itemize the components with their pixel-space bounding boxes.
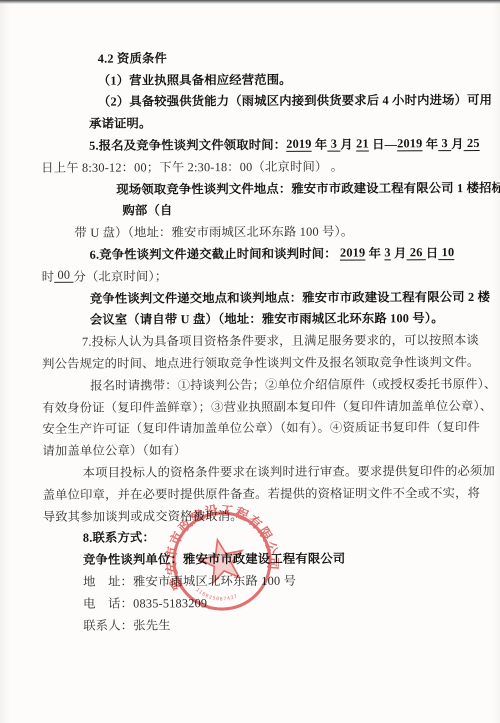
text-segment: 7.投标人认为具备项目资格条件要求，且满足服务要求的，可以按照本谈 [82, 330, 479, 350]
doc-line-25: 地 址：雅安市雨城区北环东路 100 号 [1, 568, 500, 592]
doc-line-19: 请加盖单位公章）（如有） [0, 437, 500, 461]
text-segment: 购部（自 [122, 201, 172, 219]
doc-line-7: 现场领取竞争性谈判文件地点：雅安市市政建设工程有限公司 1 楼招标采 [0, 176, 499, 200]
text-segment: 导致其参加谈判或成交资格被取消。 [43, 506, 243, 525]
text-segment: 分（北京时间）； [73, 266, 167, 284]
text-segment: 现场领取竞争性谈判文件地点：雅安市市政建设工程有限公司 1 楼招标采 [116, 178, 500, 198]
doc-line-6: 日上午 8:30-12：00；下午 2:30-18：00（北京时间） 。 [0, 154, 499, 178]
doc-line-11: 时 00 分（北京时间）； [0, 263, 500, 287]
scanned-page: 4.2 资质条件（1）营业执照具备相应经营范围。（2）具备较强供货能力（雨城区内… [0, 0, 500, 723]
text-segment: （1）营业执照具备相应经营范围。 [98, 70, 292, 89]
text-segment: 联系人：张先生 [83, 615, 171, 633]
text-segment: 4.2 资质条件 [98, 48, 167, 66]
doc-line-10: 6.竞争性谈判文件递交截止时间和谈判时间： 2019 年 3 月 26 日 10 [0, 241, 500, 265]
text-segment: 年 [422, 134, 438, 152]
doc-line-8: 购部（自 [0, 197, 499, 221]
doc-line-24: 竞争性谈判单位：雅安市市政建设工程有限公司 [1, 546, 500, 570]
text-segment: 盖单位印章，并在必要时提供原件备查。若提供的资格证明文件不全或不实，将 [43, 483, 480, 503]
doc-line-23: 8.联系方式： [1, 524, 500, 548]
underlined-field-value: 00 [54, 268, 73, 283]
text-segment: 会议室（请自带 U 盘）（地址：雅安市雨城区北环东路 100 号）。 [90, 309, 444, 329]
text-segment: （2）具备较强供货能力（雨城区内接到供货要求后 4 小时内进场）可用 [98, 90, 492, 110]
text-segment: 日— [369, 134, 397, 152]
text-segment: 日上午 8:30-12：00；下午 2:30-18：00（北京时间） 。 [41, 156, 343, 175]
doc-line-15: 判公告规定的时间、地点进行领取竞争性谈判文件及报名领取竞争性谈判文件。 [0, 350, 500, 374]
doc-line-20: 本项目投标人的资格条件要求在谈判时进行审查。要求提供复印件的必须加 [1, 459, 500, 483]
text-segment: 日 [426, 243, 439, 261]
text-segment: 5.报名及竞争性谈判文件领取时间： [89, 135, 286, 154]
text-segment: 有效身份证（复印件盖鲜章）；③营业执照副本复印件（复印件请加盖单位公章）、 [42, 396, 492, 416]
doc-line-9: 带 U 盘）（地址：雅安市雨城区北环东路 100 号）。 [0, 219, 500, 243]
doc-line-14: 7.投标人认为具备项目资格条件要求，且满足服务要求的，可以按照本谈 [0, 328, 500, 352]
text-segment: 安全生产许可证（复印件请加盖单位公章）（如有）。④资质证书复印件（复印件 [42, 417, 480, 437]
underlined-field-value: 21 [356, 136, 369, 151]
text-segment: 报名时请携带：①持谈判公告；②单位介绍信原件（或授权委托书原件）、 [90, 374, 496, 394]
text-segment: 月 [391, 243, 407, 261]
doc-line-5: 5.报名及竞争性谈判文件领取时间：2019 年 3 月 21 日—2019 年 … [0, 132, 499, 156]
underlined-field-value: 25 [464, 136, 480, 151]
doc-line-3: （2）具备较强供货能力（雨城区内接到供货要求后 4 小时内进场）可用 [0, 89, 499, 113]
scanner-edge-artifact [0, 0, 500, 4]
doc-line-13: 会议室（请自带 U 盘）（地址：雅安市雨城区北环东路 100 号）。 [0, 306, 500, 330]
doc-line-18: 安全生产许可证（复印件请加盖单位公章）（如有）。④资质证书复印件（复印件 [0, 415, 500, 439]
doc-line-21: 盖单位印章，并在必要时提供原件备查。若提供的资格证明文件不全或不实，将 [1, 481, 500, 505]
text-segment: 地 址：雅安市雨城区北环东路 100 号 [83, 571, 296, 590]
text-segment: 本项目投标人的资格条件要求在谈判时进行审查。要求提供复印件的必须加 [83, 461, 495, 481]
text-segment: 6.竞争性谈判文件递交截止时间和谈判时间： [90, 244, 340, 263]
text-segment: 月 [451, 134, 464, 152]
doc-line-12: 竞争性谈判文件递交地点和谈判地点：雅安市市政建设工程有限公司 2 楼 [0, 285, 500, 309]
text-segment: 请加盖单位公章）（如有） [42, 441, 186, 460]
underlined-field-value: 2019 [286, 136, 311, 151]
text-segment: 年 [312, 135, 328, 153]
text-segment: 判公告规定的时间、地点进行领取竞争性谈判文件及报名领取竞争性谈判文件。 [42, 352, 479, 372]
text-segment: 电 话：0835-5183209 [83, 593, 207, 612]
doc-line-16: 报名时请携带：①持谈判公告；②单位介绍信原件（或授权委托书原件）、 [0, 372, 500, 396]
doc-line-17: 有效身份证（复印件盖鲜章）；③营业执照副本复印件（复印件请加盖单位公章）、 [0, 394, 500, 418]
underlined-field-value: 2019 [340, 245, 365, 260]
doc-line-27: 联系人：张先生 [1, 612, 500, 636]
underlined-field-value: 2019 [397, 136, 422, 151]
text-segment: 年 [365, 243, 384, 261]
doc-line-22: 导致其参加谈判或成交资格被取消。 [1, 503, 500, 527]
text-segment: 带 U 盘）（地址：雅安市雨城区北环东路 100 号）。 [74, 222, 353, 241]
document-body: 4.2 资质条件（1）营业执照具备相应经营范围。（2）具备较强供货能力（雨城区内… [0, 45, 500, 636]
underlined-field-value: 10 [438, 245, 454, 260]
underlined-field-value: 3 [438, 136, 451, 151]
text-segment: 承诺证明。 [89, 114, 152, 132]
text-segment: 时 [42, 267, 55, 285]
doc-line-1: 4.2 资质条件 [0, 45, 499, 69]
text-segment: 月 [340, 135, 356, 153]
text-segment: 8.联系方式： [83, 528, 155, 546]
doc-line-2: （1）营业执照具备相应经营范围。 [0, 67, 499, 91]
text-segment: 竞争性谈判单位：雅安市市政建设工程有限公司 [83, 549, 346, 568]
doc-line-26: 电 话：0835-5183209 [1, 590, 500, 614]
text-segment: 竞争性谈判文件递交地点和谈判地点：雅安市市政建设工程有限公司 2 楼 [90, 287, 490, 307]
underlined-field-value: 26 [407, 245, 426, 260]
doc-line-4: 承诺证明。 [0, 110, 499, 134]
underlined-field-value: 3 [327, 136, 340, 151]
